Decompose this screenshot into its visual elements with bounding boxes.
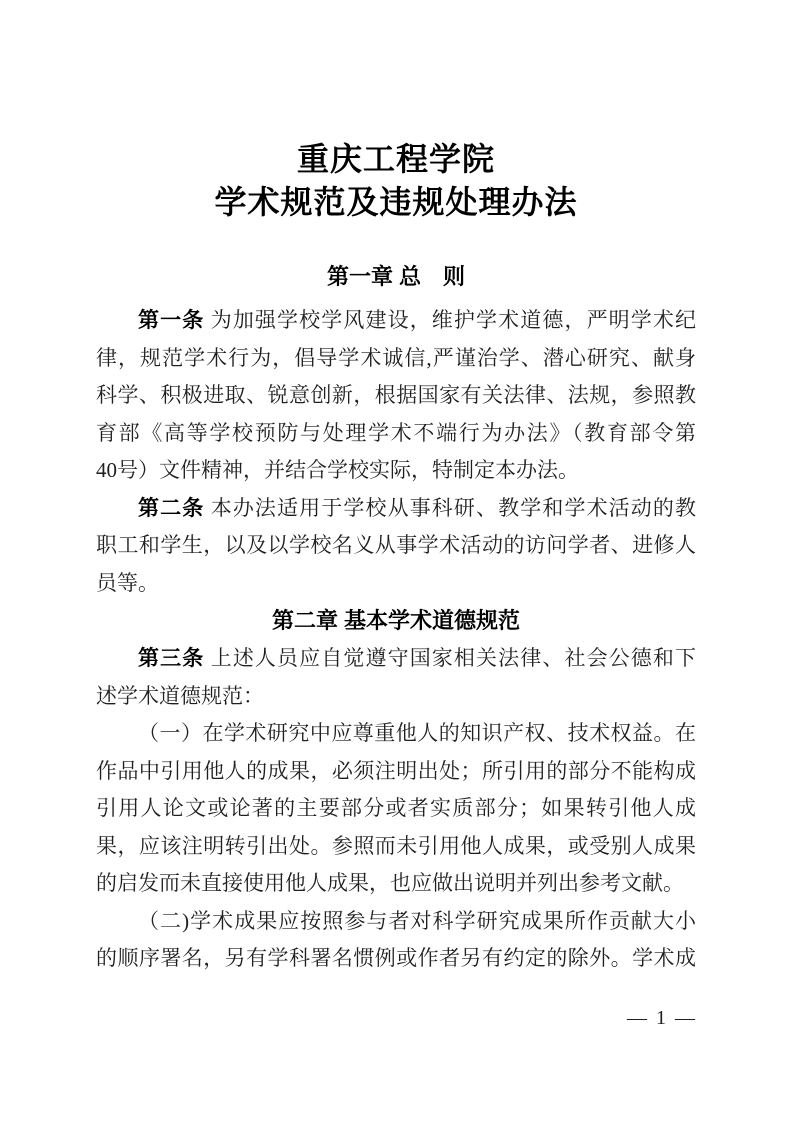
paragraph-line: 第三条 上述人员应自觉遵守国家相关法律、社会公德和下 <box>96 640 696 678</box>
paragraph-line: 第一条 为加强学校学风建设，维护学术道德，严明学术纪 <box>96 302 696 340</box>
document-body: 第一章 总 则第一条 为加强学校学风建设，维护学术道德，严明学术纪律，规范学术行… <box>96 258 696 978</box>
chapter-heading: 第一章 总 则 <box>96 258 696 296</box>
paragraph-line: 果，应该注明转引出处。参照而未引用他人成果，或受别人成果 <box>96 828 696 866</box>
chapter-heading: 第二章 基本学术道德规范 <box>96 602 696 640</box>
paragraph: （一）在学术研究中应尊重他人的知识产权、技术权益。在作品中引用他人的成果，必须注… <box>96 715 696 903</box>
article-number-lead: 第一条 <box>138 309 204 332</box>
paragraph-line: 40号）文件精神，并结合学校实际，特制定本办法。 <box>96 452 696 490</box>
paragraph-line: 引用人论文或论著的主要部分或者实质部分；如果转引他人成 <box>96 790 696 828</box>
paragraph-line: 述学术道德规范： <box>96 678 696 716</box>
paragraph-line: 育部《高等学校预防与处理学术不端行为办法》（教育部令第 <box>96 415 696 453</box>
paragraph-line: （二)学术成果应按照参与者对科学研究成果所作贡献大小 <box>96 903 696 941</box>
paragraph: 第二条 本办法适用于学校从事科研、教学和学术活动的教职工和学生，以及以学校名义从… <box>96 490 696 603</box>
paragraph: （二)学术成果应按照参与者对科学研究成果所作贡献大小的顺序署名，另有学科署名惯例… <box>96 903 696 978</box>
paragraph-line: 职工和学生，以及以学校名义从事学术活动的访问学者、进修人 <box>96 527 696 565</box>
paragraph: 第一条 为加强学校学风建设，维护学术道德，严明学术纪律，规范学术行为，倡导学术诚… <box>96 302 696 490</box>
article-number-lead: 第三条 <box>138 647 204 670</box>
document-title-line-2: 学术规范及违规处理办法 <box>96 181 696 224</box>
paragraph-line: 的启发而未直接使用他人成果，也应做出说明并列出参考文献。 <box>96 865 696 903</box>
document-page: 重庆工程学院 学术规范及违规处理办法 第一章 总 则第一条 为加强学校学风建设，… <box>0 0 793 1122</box>
article-number-lead: 第二条 <box>138 497 204 520</box>
document-content: 重庆工程学院 学术规范及违规处理办法 第一章 总 则第一条 为加强学校学风建设，… <box>96 138 696 978</box>
paragraph-line: （一）在学术研究中应尊重他人的知识产权、技术权益。在 <box>96 715 696 753</box>
paragraph-line: 律，规范学术行为，倡导学术诚信,严谨治学、潜心研究、献身 <box>96 340 696 378</box>
document-title: 重庆工程学院 学术规范及违规处理办法 <box>96 138 696 224</box>
paragraph-line: 作品中引用他人的成果，必须注明出处；所引用的部分不能构成 <box>96 753 696 791</box>
paragraph-line: 的顺序署名，另有学科署名惯例或作者另有约定的除外。学术成 <box>96 940 696 978</box>
paragraph-line: 科学、积极进取、锐意创新，根据国家有关法律、法规，参照教 <box>96 377 696 415</box>
paragraph-line: 员等。 <box>96 565 696 603</box>
paragraph: 第三条 上述人员应自觉遵守国家相关法律、社会公德和下述学术道德规范： <box>96 640 696 715</box>
paragraph-line: 第二条 本办法适用于学校从事科研、教学和学术活动的教 <box>96 490 696 528</box>
page-number: — 1 — <box>627 1005 697 1031</box>
document-title-line-1: 重庆工程学院 <box>96 138 696 181</box>
